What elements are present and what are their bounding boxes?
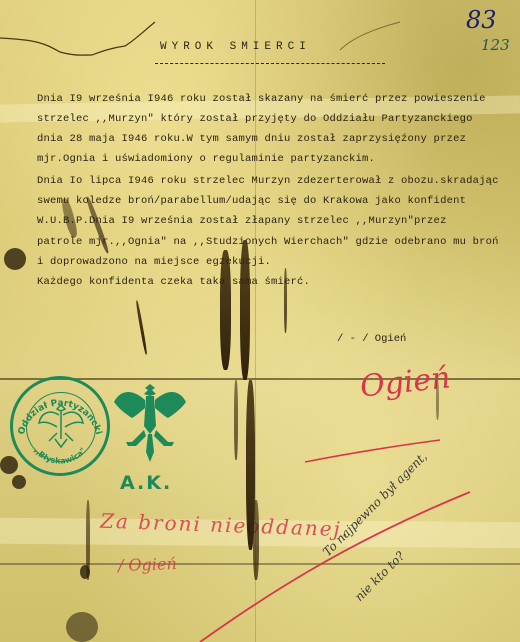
ak-label: A.K.	[120, 472, 172, 494]
ink-drip	[240, 240, 250, 380]
stamp-ring-text: Oddział Partyzancki ,,Błyskawica"	[10, 376, 110, 476]
svg-text:,,Błyskawica": ,,Błyskawica"	[32, 446, 88, 466]
ak-eagle-icon	[112, 380, 188, 472]
ink-stain	[0, 456, 18, 474]
ink-drip	[220, 250, 231, 370]
red-strike-line	[0, 0, 520, 642]
ink-stain	[80, 565, 90, 579]
ink-drip	[284, 268, 287, 333]
ink-drip	[234, 380, 238, 460]
ink-stain	[66, 612, 98, 642]
ink-stain	[12, 475, 26, 489]
red-note-line-2: / Ogień	[118, 554, 177, 575]
svg-text:Oddział Partyzancki: Oddział Partyzancki	[17, 398, 103, 435]
ink-stain	[4, 248, 26, 270]
ink-drip	[436, 380, 439, 420]
ink-drip	[253, 500, 259, 580]
partisan-unit-stamp: Oddział Partyzancki ,,Błyskawica"	[10, 376, 110, 476]
document-page: 83 123 WYROK SMIERCI Dnia I9 września I…	[0, 0, 520, 642]
